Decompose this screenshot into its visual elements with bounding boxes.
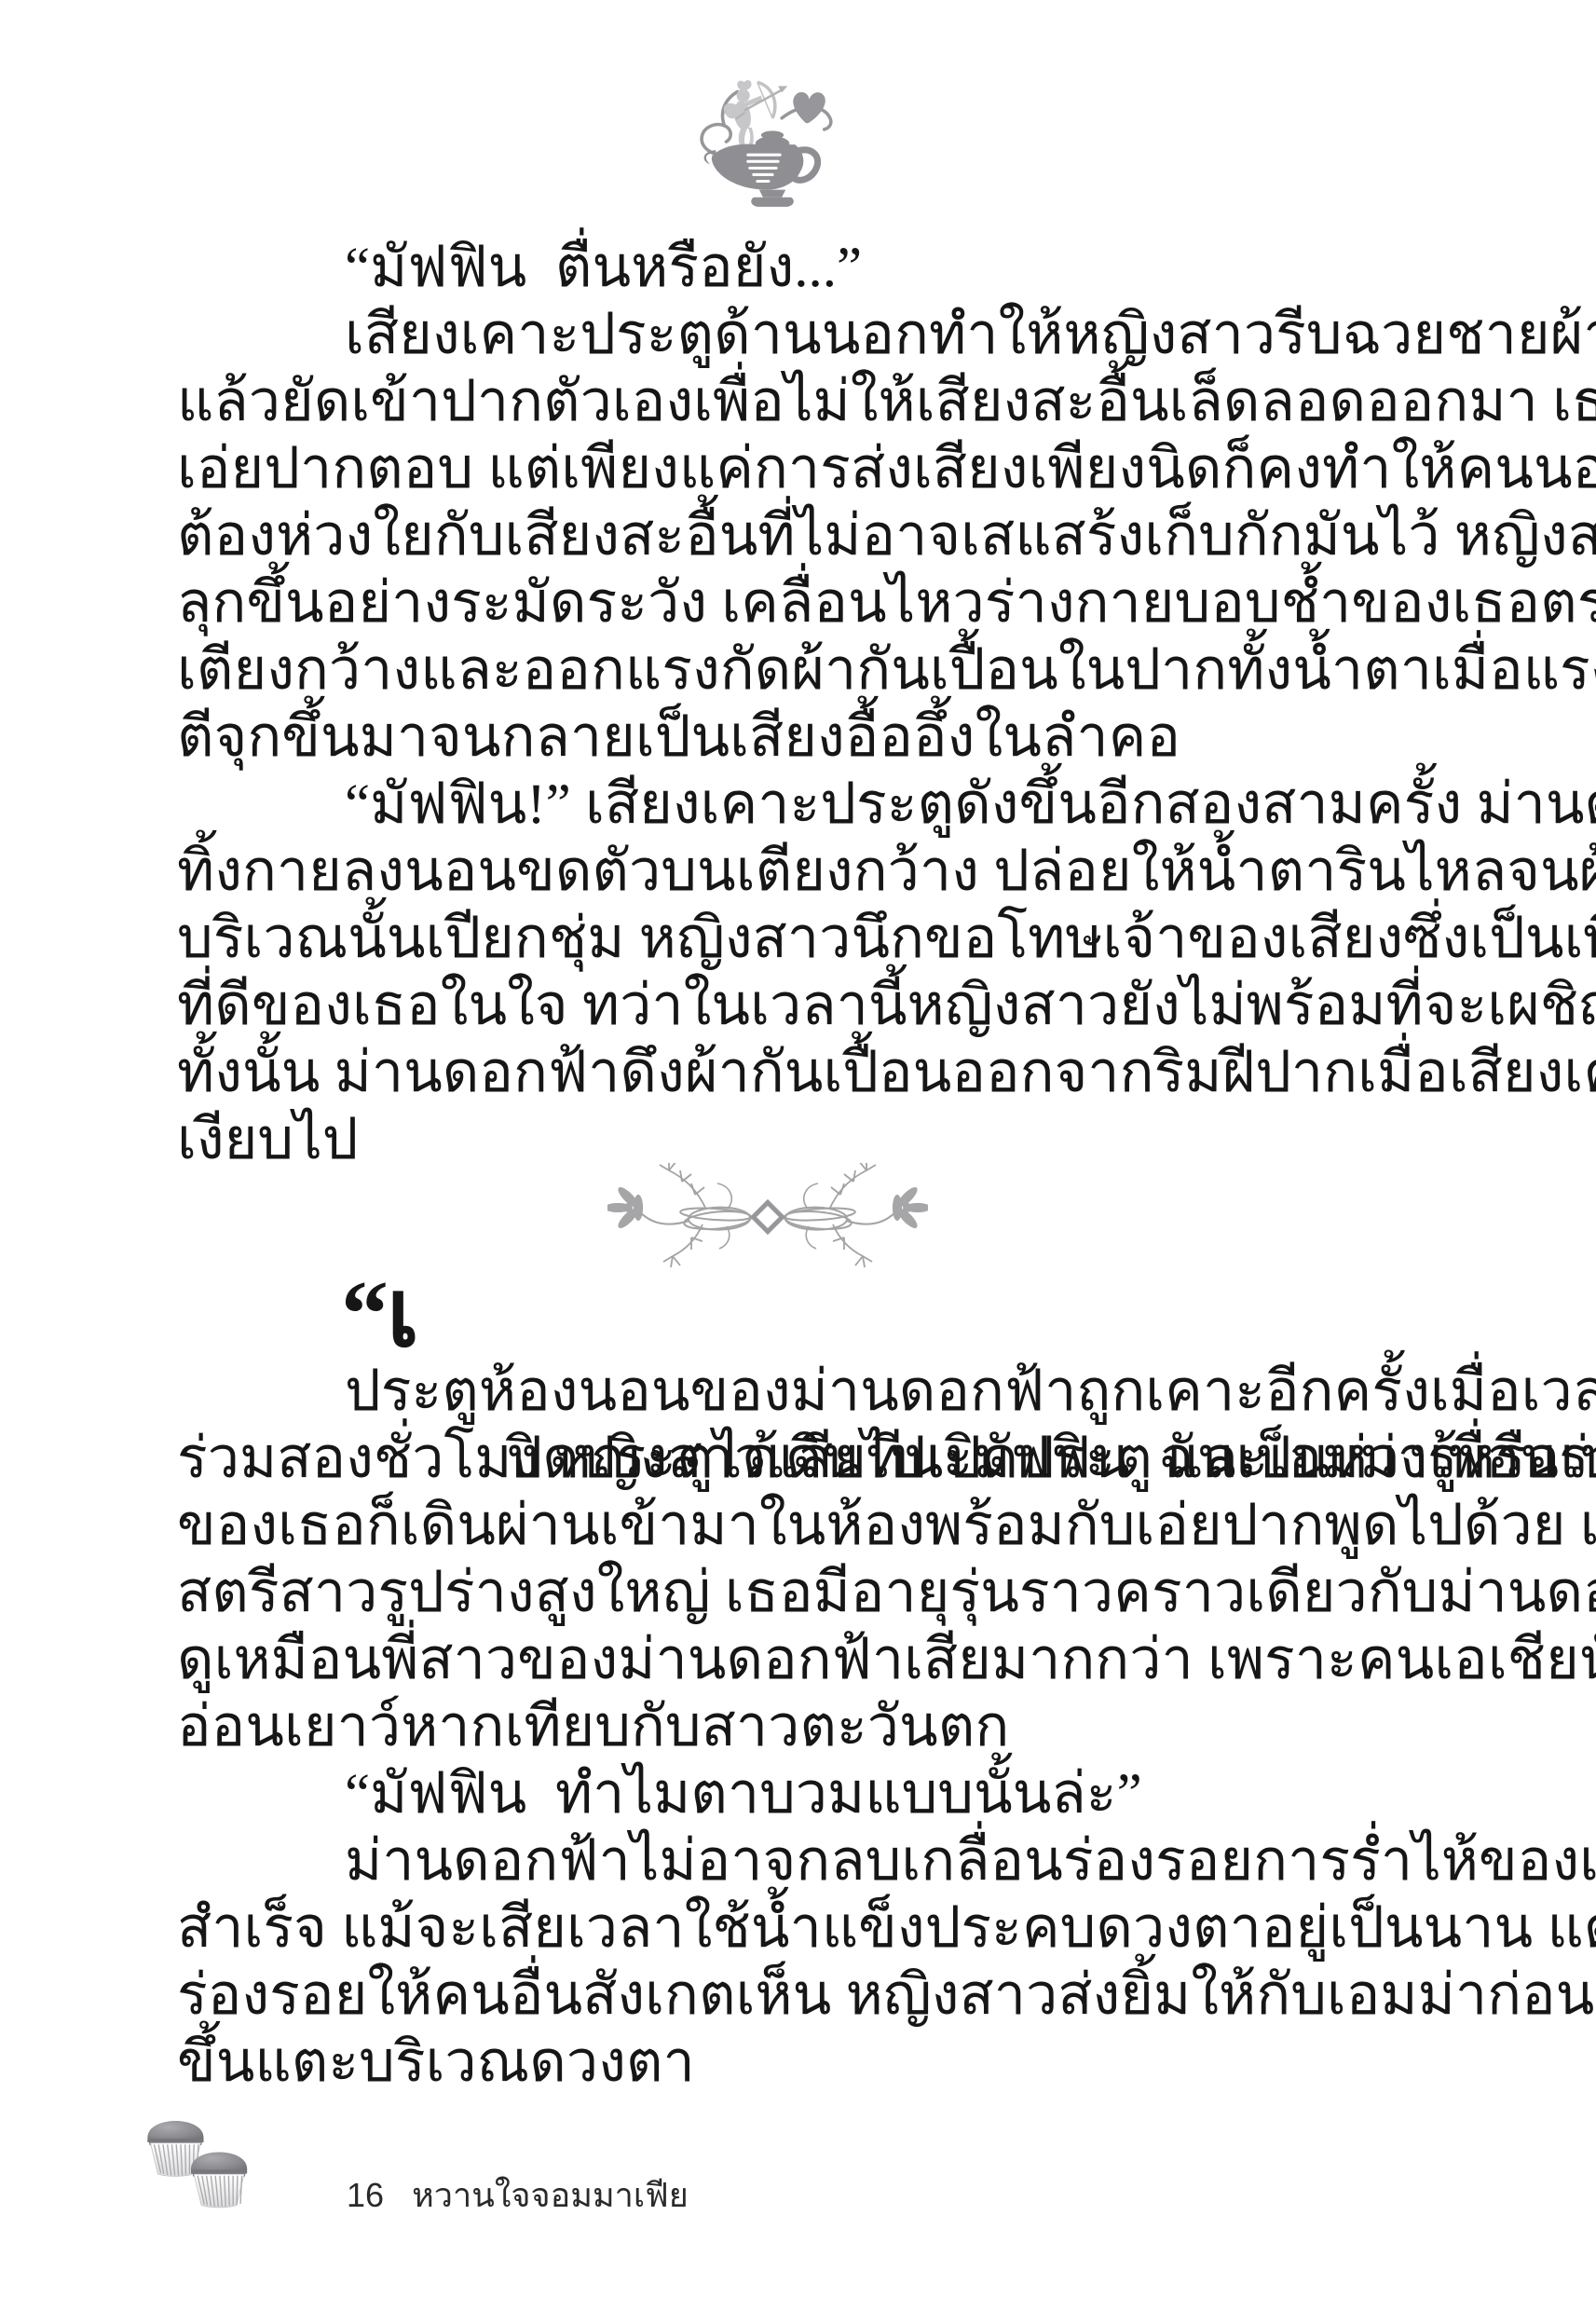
dropcap-rest-text: ปิดประตูได้เสียทีนะมัฟฟิน ฉันเป็นห่วงรู้… <box>263 1426 1596 1493</box>
genie-lamp-cupid-heart-icon <box>689 63 850 214</box>
text-line: ของเธอก็เดินผ่านเข้ามาในห้องพร้อมกับเอ่ย… <box>177 1493 1388 1560</box>
text-line: “มัฟฟิน!” เสียงเคาะประตูดังขึ้นอีกสองสาม… <box>177 772 1388 839</box>
text-line: ร่องรอยให้คนอื่นสังเกตเห็น หญิงสาวส่งยิ้… <box>177 1962 1388 2030</box>
text-line: ขึ้นแตะบริเวณดวงตา <box>177 2030 1388 2097</box>
text-line: ที่ดีของเธอในใจ ทว่าในเวลานี้หญิงสาวยังไ… <box>177 973 1388 1040</box>
text-line: เอ่ยปากตอบ แต่เพียงแค่การส่งเสียงเพียงนิ… <box>177 436 1388 503</box>
text-line: ลุกขึ้นอย่างระมัดระวัง เคลื่อนไหวร่างกาย… <box>177 570 1388 637</box>
cupcakes-icon <box>142 2106 268 2212</box>
text-line: ทิ้งกายลงนอนขดตัวบนเตียงกว้าง ปล่อยให้น้… <box>177 839 1388 906</box>
text-line: เตียงกว้างและออกแรงกัดผ้ากันเปื้อนในปากท… <box>177 637 1388 704</box>
book-title: หวานใจจอมมาเฟีย <box>412 2176 689 2214</box>
dropcap-quote-and-char: “เ <box>341 1267 417 1362</box>
book-page: “มัฟฟิน ตื่นหรือยัง...”เสียงเคาะประตูด้า… <box>0 0 1596 2311</box>
text-line: อ่อนเยาว์หากเทียบกับสาวตะวันตก <box>177 1694 1388 1761</box>
text-line: ตีจุกขึ้นมาจนกลายเป็นเสียงอื้ออึ้งในลำคอ <box>177 704 1388 772</box>
text-line: ม่านดอกฟ้าไม่อาจกลบเกลื่อนร่องรอยการร่ำไ… <box>177 1828 1388 1895</box>
text-line: “มัฟฟิน ทำไมตาบวมแบบนั้นล่ะ” <box>177 1761 1388 1828</box>
page-number: 16 <box>347 2176 384 2214</box>
text-line: ดูเหมือนพี่สาวของม่านดอกฟ้าเสียมากกว่า เ… <box>177 1627 1388 1694</box>
text-line: ต้องห่วงใยกับเสียงสะอื้นที่ไม่อาจเสแสร้ง… <box>177 503 1388 570</box>
footer: 16หวานใจจอมมาเฟีย <box>309 2128 689 2173</box>
text-line: ประตูห้องนอนของม่านดอกฟ้าถูกเคาะอีกครั้ง… <box>177 1359 1388 1426</box>
floral-divider-icon <box>607 1163 928 1273</box>
text-line: เสียงเคาะประตูด้านนอกทำให้หญิงสาวรีบฉวยช… <box>177 302 1388 369</box>
dropcap-line: “เ ปิดประตูได้เสียทีนะมัฟฟิน ฉันเป็นห่วง… <box>177 1292 1388 1359</box>
text-line: “มัฟฟิน ตื่นหรือยัง...” <box>177 235 1388 302</box>
text-line: ทั้งนั้น ม่านดอกฟ้าดึงผ้ากันเปื้อนออกจาก… <box>177 1040 1388 1107</box>
text-line: สำเร็จ แม้จะเสียเวลาใช้น้ำแข็งประคบดวงตา… <box>177 1895 1388 1962</box>
text-line: บริเวณนั้นเปียกชุ่ม หญิงสาวนึกขอโทษเจ้าข… <box>177 906 1388 973</box>
story-text-block-1: “มัฟฟิน ตื่นหรือยัง...”เสียงเคาะประตูด้า… <box>177 235 1388 1174</box>
text-line: แล้วยัดเข้าปากตัวเองเพื่อไม่ให้เสียงสะอื… <box>177 369 1388 436</box>
text-line: สตรีสาวรูปร่างสูงใหญ่ เธอมีอายุรุ่นราวคร… <box>177 1560 1388 1627</box>
story-text-block-2: “เ ปิดประตูได้เสียทีนะมัฟฟิน ฉันเป็นห่วง… <box>177 1292 1388 2097</box>
